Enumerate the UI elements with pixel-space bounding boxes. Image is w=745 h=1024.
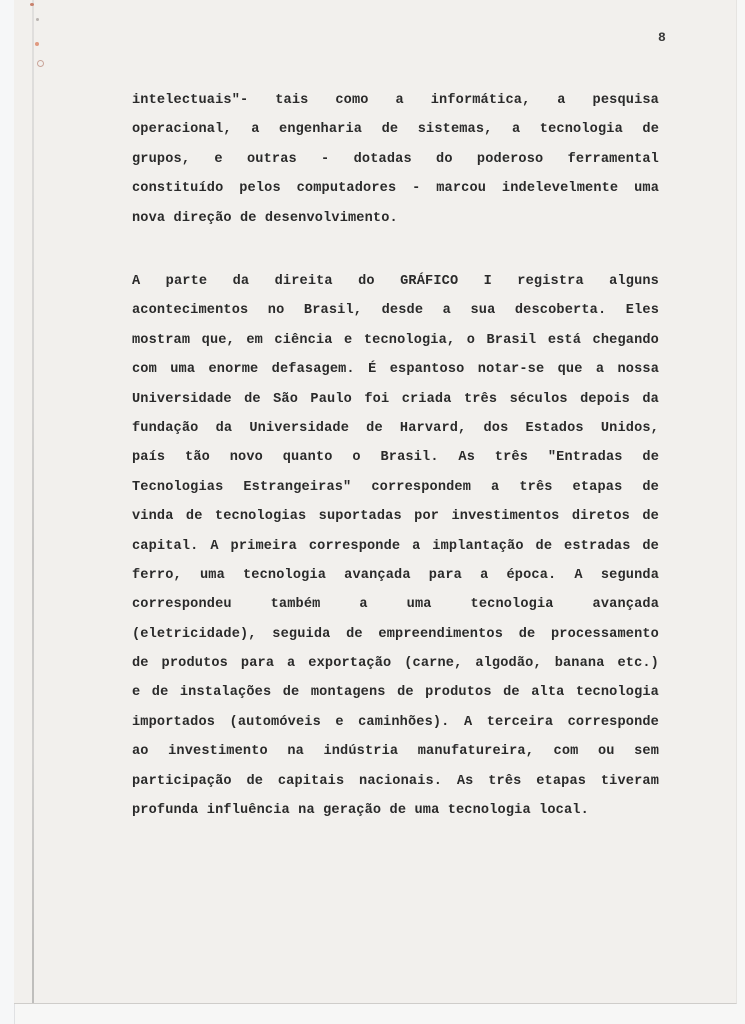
text-line: participação de capitais nacionais. As t…: [132, 767, 659, 796]
text-line: capital. A primeira corresponde a implan…: [132, 532, 659, 561]
page-number: 8: [658, 30, 666, 45]
text-line: grupos, e outras - dotadas do poderoso f…: [132, 145, 659, 174]
scan-left-edge: [0, 0, 15, 1024]
text-line: A parte da direita do GRÁFICO I registra…: [132, 267, 659, 296]
text-line: intelectuais"- tais como a informática, …: [132, 86, 659, 115]
staple-mark: [30, 3, 34, 6]
paragraph-2: A parte da direita do GRÁFICO I registra…: [132, 267, 659, 825]
text-line: ao investimento na indústria manufaturei…: [132, 737, 659, 766]
staple-mark: [36, 18, 39, 21]
text-line: com uma enorme defasagem. É espantoso no…: [132, 355, 659, 384]
text-line: vinda de tecnologias suportadas por inve…: [132, 502, 659, 531]
text-line: importados (automóveis e caminhões). A t…: [132, 708, 659, 737]
text-line: Universidade de São Paulo foi criada trê…: [132, 385, 659, 414]
text-line: (eletricidade), seguida de empreendiment…: [132, 620, 659, 649]
text-line: correspondeu também a uma tecnologia ava…: [132, 590, 659, 619]
text-line: fundação da Universidade de Harvard, dos…: [132, 414, 659, 443]
text-line: ferro, uma tecnologia avançada para a ép…: [132, 561, 659, 590]
text-line: de produtos para a exportação (carne, al…: [132, 649, 659, 678]
text-line: Tecnologias Estrangeiras" correspondem a…: [132, 473, 659, 502]
paragraph-1: intelectuais"- tais como a informática, …: [132, 86, 659, 233]
text-line: acontecimentos no Brasil, desde a sua de…: [132, 296, 659, 325]
text-line: e de instalações de montagens de produto…: [132, 678, 659, 707]
text-line: profunda influência na geração de uma te…: [132, 796, 659, 825]
text-line: país tão novo quanto o Brasil. As três "…: [132, 443, 659, 472]
text-line: mostram que, em ciência e tecnologia, o …: [132, 326, 659, 355]
text-line: operacional, a engenharia de sistemas, a…: [132, 115, 659, 144]
staple-mark: [37, 60, 44, 67]
binding-shadow-line: [32, 0, 34, 1003]
text-line: nova direção de desenvolvimento.: [132, 204, 659, 233]
staple-mark: [35, 42, 39, 46]
text-line: constituído pelos computadores - marcou …: [132, 174, 659, 203]
